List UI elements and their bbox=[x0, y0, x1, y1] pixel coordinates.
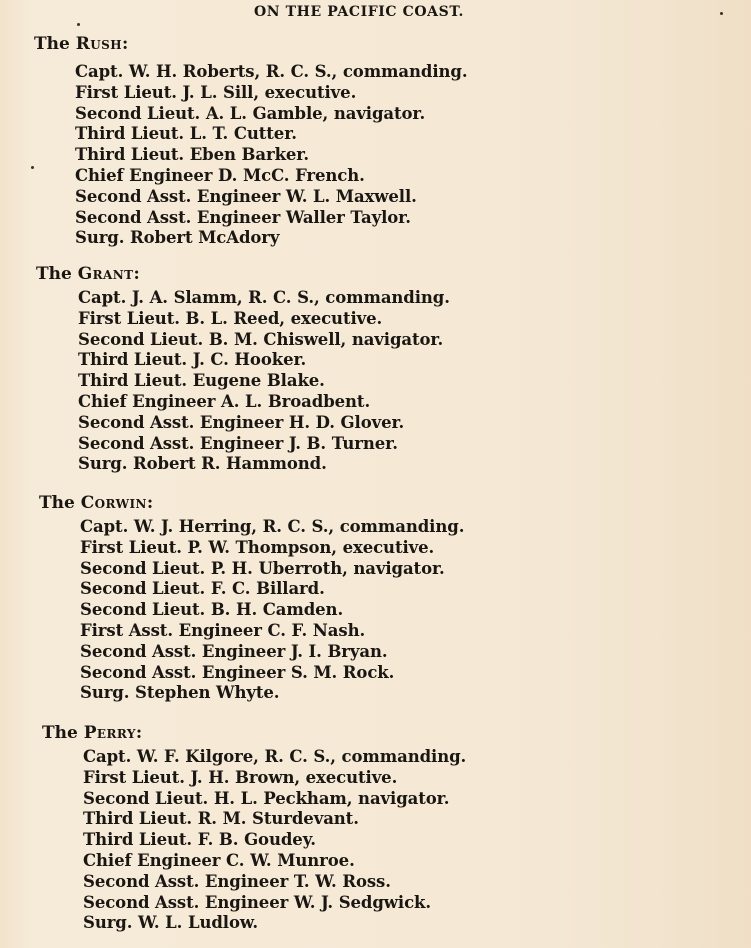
officer-entry: Second Asst. Engineer W. J. Sedgwick. bbox=[83, 893, 466, 914]
ship-heading: The Perry: bbox=[42, 723, 142, 743]
officer-entry: Capt. W. J. Herring, R. C. S., commandin… bbox=[80, 517, 464, 538]
officer-entry: Third Lieut. Eben Barker. bbox=[75, 145, 467, 166]
officer-list: Capt. W. H. Roberts, R. C. S., commandin… bbox=[75, 62, 467, 249]
ship-name: Corwin bbox=[81, 493, 147, 513]
ship-section-corwin: The Corwin: Capt. W. J. Herring, R. C. S… bbox=[39, 493, 153, 513]
officer-entry: Second Lieut. H. L. Peckham, navigator. bbox=[83, 789, 466, 810]
officer-entry: Chief Engineer D. McC. French. bbox=[75, 166, 467, 187]
officer-entry: First Lieut. P. W. Thompson, executive. bbox=[80, 538, 464, 559]
officer-entry: Capt. W. H. Roberts, R. C. S., commandin… bbox=[75, 62, 467, 83]
officer-entry: Second Asst. Engineer J. I. Bryan. bbox=[80, 642, 464, 663]
officer-list: Capt. J. A. Slamm, R. C. S., commanding.… bbox=[78, 288, 450, 475]
ship-heading-prefix: The bbox=[36, 264, 78, 284]
officer-list: Capt. W. J. Herring, R. C. S., commandin… bbox=[80, 517, 464, 704]
ship-section-grant: The Grant: Capt. J. A. Slamm, R. C. S., … bbox=[36, 264, 140, 284]
officer-entry: Chief Engineer C. W. Munroe. bbox=[83, 851, 466, 872]
running-head: ON THE PACIFIC COAST. bbox=[254, 4, 464, 20]
officer-entry: Third Lieut. F. B. Goudey. bbox=[83, 830, 466, 851]
officer-entry: Third Lieut. L. T. Cutter. bbox=[75, 124, 467, 145]
ink-speck bbox=[77, 23, 80, 26]
book-page: ON THE PACIFIC COAST. The Rush: Capt. W.… bbox=[0, 0, 751, 948]
officer-entry: First Asst. Engineer C. F. Nash. bbox=[80, 621, 464, 642]
ship-section-rush: The Rush: Capt. W. H. Roberts, R. C. S.,… bbox=[34, 34, 128, 54]
officer-entry: Second Asst. Engineer J. B. Turner. bbox=[78, 434, 450, 455]
officer-entry: Capt. W. F. Kilgore, R. C. S., commandin… bbox=[83, 747, 466, 768]
ship-heading-suffix: : bbox=[136, 723, 142, 743]
ink-speck bbox=[720, 12, 723, 15]
ship-heading-suffix: : bbox=[147, 493, 153, 513]
ship-section-perry: The Perry: Capt. W. F. Kilgore, R. C. S.… bbox=[42, 723, 142, 743]
ship-heading: The Rush: bbox=[34, 34, 128, 54]
officer-entry: Chief Engineer A. L. Broadbent. bbox=[78, 392, 450, 413]
ship-name: Rush bbox=[76, 34, 122, 54]
officer-entry: Surg. Stephen Whyte. bbox=[80, 683, 464, 704]
officer-entry: Second Lieut. A. L. Gamble, navigator. bbox=[75, 104, 467, 125]
officer-entry: First Lieut. J. H. Brown, executive. bbox=[83, 768, 466, 789]
officer-entry: Third Lieut. J. C. Hooker. bbox=[78, 350, 450, 371]
officer-entry: Surg. Robert R. Hammond. bbox=[78, 454, 450, 475]
officer-entry: Second Asst. Engineer S. M. Rock. bbox=[80, 663, 464, 684]
officer-entry: Second Lieut. B. H. Camden. bbox=[80, 600, 464, 621]
ship-heading-prefix: The bbox=[34, 34, 76, 54]
ship-heading-prefix: The bbox=[39, 493, 81, 513]
officer-entry: Second Asst. Engineer T. W. Ross. bbox=[83, 872, 466, 893]
ship-heading-suffix: : bbox=[133, 264, 139, 284]
officer-entry: Surg. Robert McAdory bbox=[75, 228, 467, 249]
ship-heading: The Grant: bbox=[36, 264, 140, 284]
officer-entry: Second Lieut. P. H. Uberroth, navigator. bbox=[80, 559, 464, 580]
officer-entry: Second Lieut. F. C. Billard. bbox=[80, 579, 464, 600]
ship-heading-suffix: : bbox=[122, 34, 128, 54]
ship-heading: The Corwin: bbox=[39, 493, 153, 513]
ship-heading-prefix: The bbox=[42, 723, 84, 743]
officer-list: Capt. W. F. Kilgore, R. C. S., commandin… bbox=[83, 747, 466, 934]
officer-entry: Second Asst. Engineer W. L. Maxwell. bbox=[75, 187, 467, 208]
officer-entry: Third Lieut. R. M. Sturdevant. bbox=[83, 809, 466, 830]
officer-entry: Second Asst. Engineer Waller Taylor. bbox=[75, 208, 467, 229]
officer-entry: Second Lieut. B. M. Chiswell, navigator. bbox=[78, 330, 450, 351]
ship-name: Grant bbox=[78, 264, 134, 284]
officer-entry: Capt. J. A. Slamm, R. C. S., commanding. bbox=[78, 288, 450, 309]
officer-entry: First Lieut. B. L. Reed, executive. bbox=[78, 309, 450, 330]
ship-name: Perry bbox=[84, 723, 136, 743]
officer-entry: First Lieut. J. L. Sill, executive. bbox=[75, 83, 467, 104]
officer-entry: Surg. W. L. Ludlow. bbox=[83, 913, 466, 934]
officer-entry: Second Asst. Engineer H. D. Glover. bbox=[78, 413, 450, 434]
officer-entry: Third Lieut. Eugene Blake. bbox=[78, 371, 450, 392]
ink-speck bbox=[31, 166, 34, 169]
